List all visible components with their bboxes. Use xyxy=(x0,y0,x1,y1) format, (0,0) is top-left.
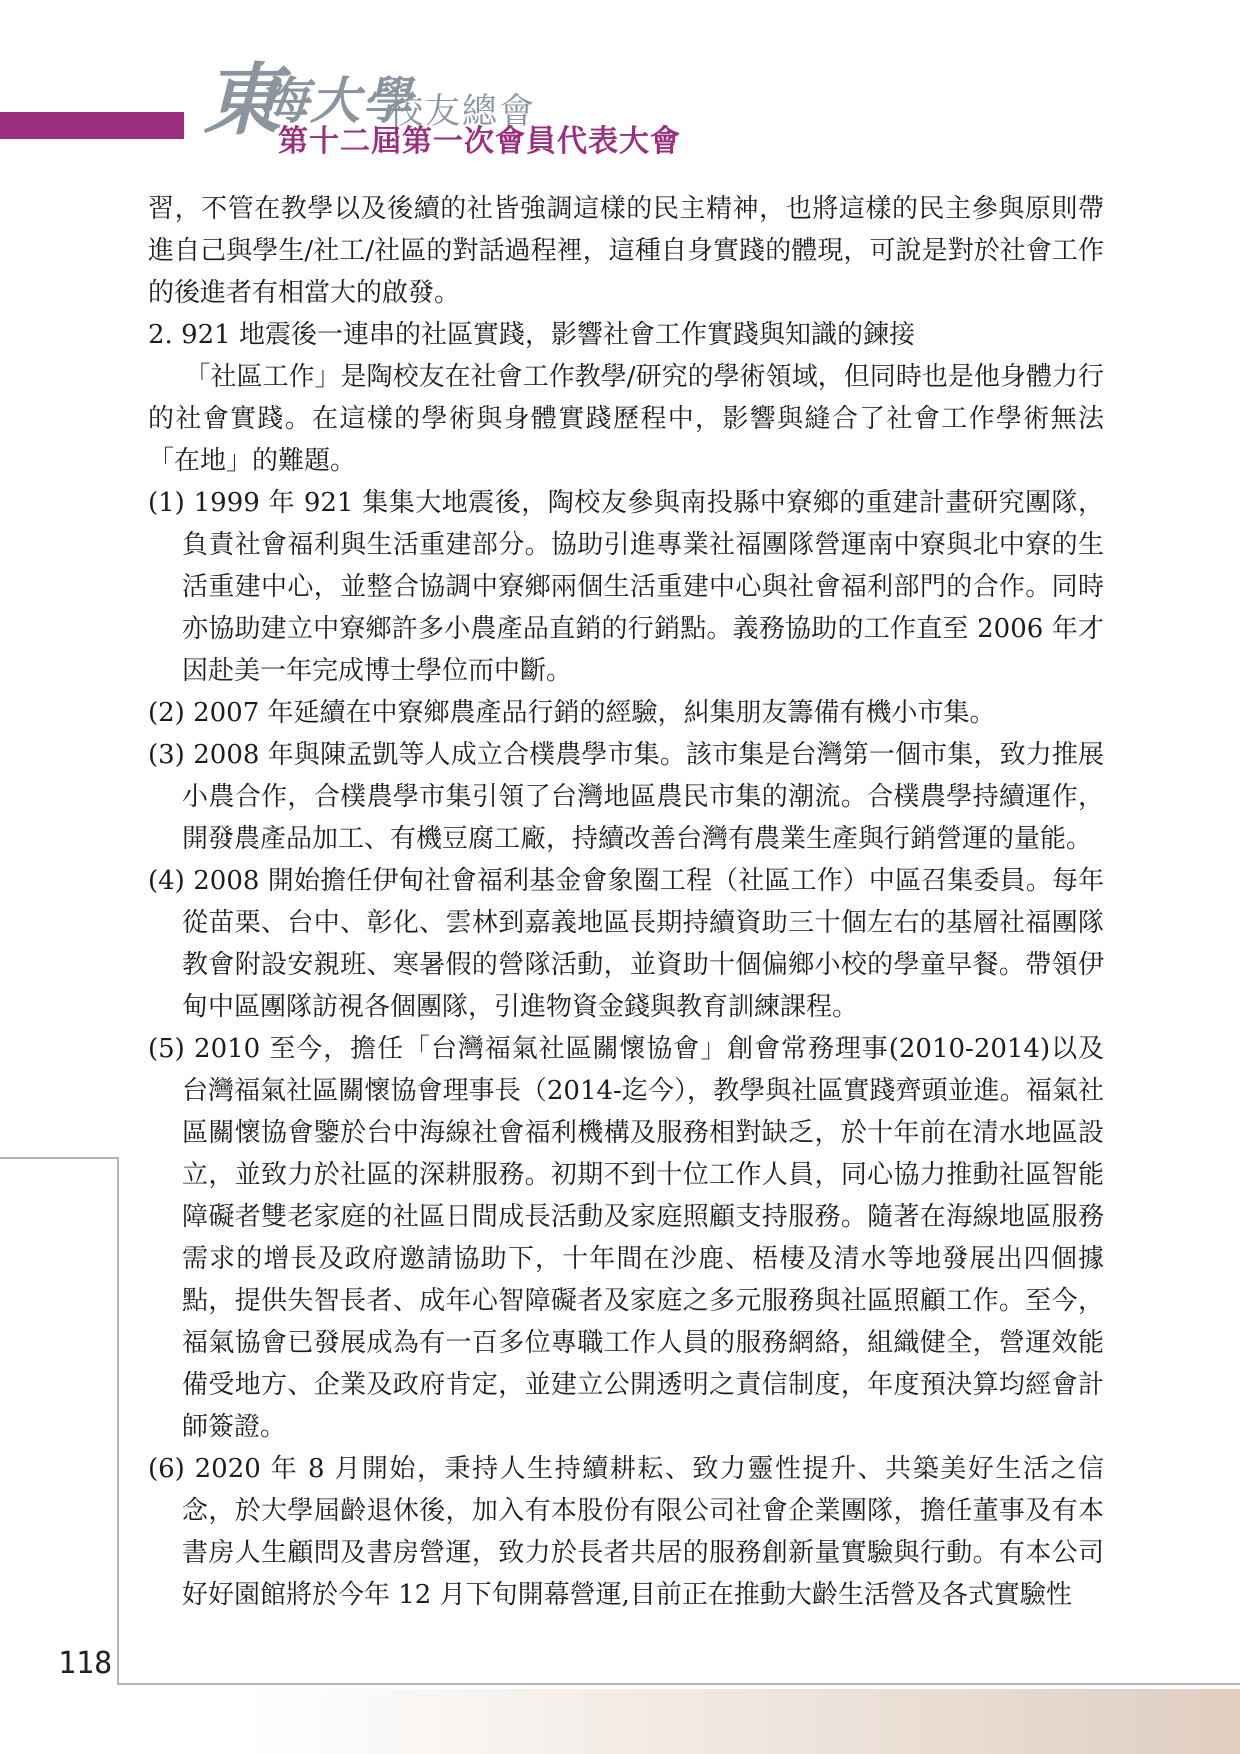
paragraph: (1) 1999 年 921 集集大地震後，陶校友參與南投縣中寮鄉的重建計畫研究… xyxy=(148,482,1104,692)
paragraph: (4) 2008 開始擔任伊甸社會福利基金會象圈工程（社區工作）中區召集委員。每… xyxy=(148,860,1104,1028)
text-frame-top-border xyxy=(0,1157,118,1159)
paragraph: (2) 2007 年延續在中寮鄉農產品行銷的經驗，糾集朋友籌備有機小市集。 xyxy=(148,692,1104,734)
header-accent-bar xyxy=(0,112,184,139)
meeting-title: 第十二屆第一次會員代表大會 xyxy=(278,127,681,157)
text-frame-left-border xyxy=(117,1157,119,1684)
paragraph: 2. 921 地震後一連串的社區實踐，影響社會工作實踐與知識的鍊接 xyxy=(148,314,1104,356)
text-frame-bottom-border xyxy=(117,1683,1240,1685)
paragraph: (5) 2010 至今，擔任「台灣福氣社區關懷協會」創會常務理事(2010-20… xyxy=(148,1028,1104,1448)
paragraph: (6) 2020 年 8 月開始，秉持人生持續耕耘、致力靈性提升、共築美好生活之… xyxy=(148,1448,1104,1616)
document-page: 東 海大學 校友總會 第十二屆第一次會員代表大會 習，不管在教學以及後續的社皆強… xyxy=(0,0,1240,1754)
paragraph: 習，不管在教學以及後續的社皆強調這樣的民主精神，也將這樣的民主參與原則帶進自己與… xyxy=(148,188,1104,314)
body-paragraphs: 習，不管在教學以及後續的社皆強調這樣的民主精神，也將這樣的民主參與原則帶進自己與… xyxy=(148,188,1104,1616)
bottom-gradient-decoration xyxy=(250,1689,1240,1754)
body-text: 習，不管在教學以及後續的社皆強調這樣的民主精神，也將這樣的民主參與原則帶進自己與… xyxy=(148,188,1104,1616)
paragraph: 「社區工作」是陶校友在社會工作教學/研究的學術領域，但同時也是他身體力行的社會實… xyxy=(148,356,1104,482)
paragraph: (3) 2008 年與陳孟凱等人成立合樸農學市集。該市集是台灣第一個市集，致力推… xyxy=(148,734,1104,860)
page-number: 118 xyxy=(58,1646,112,1681)
